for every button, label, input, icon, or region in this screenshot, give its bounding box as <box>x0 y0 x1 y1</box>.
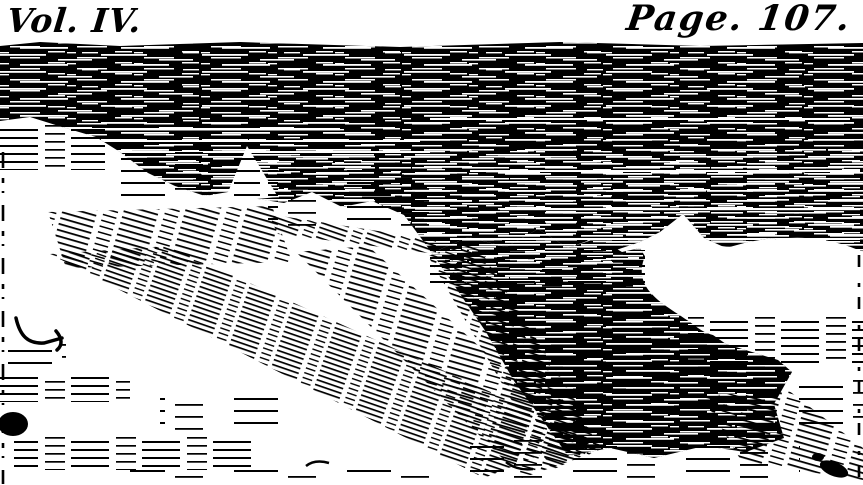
ground-swoosh-left <box>306 462 329 466</box>
page-number-label: Page. 107. <box>624 0 854 39</box>
book-page: Vol. IV. Page. 107. <box>0 0 863 485</box>
volume-label: Vol. IV. <box>5 1 144 40</box>
engraving-plate <box>0 0 863 485</box>
